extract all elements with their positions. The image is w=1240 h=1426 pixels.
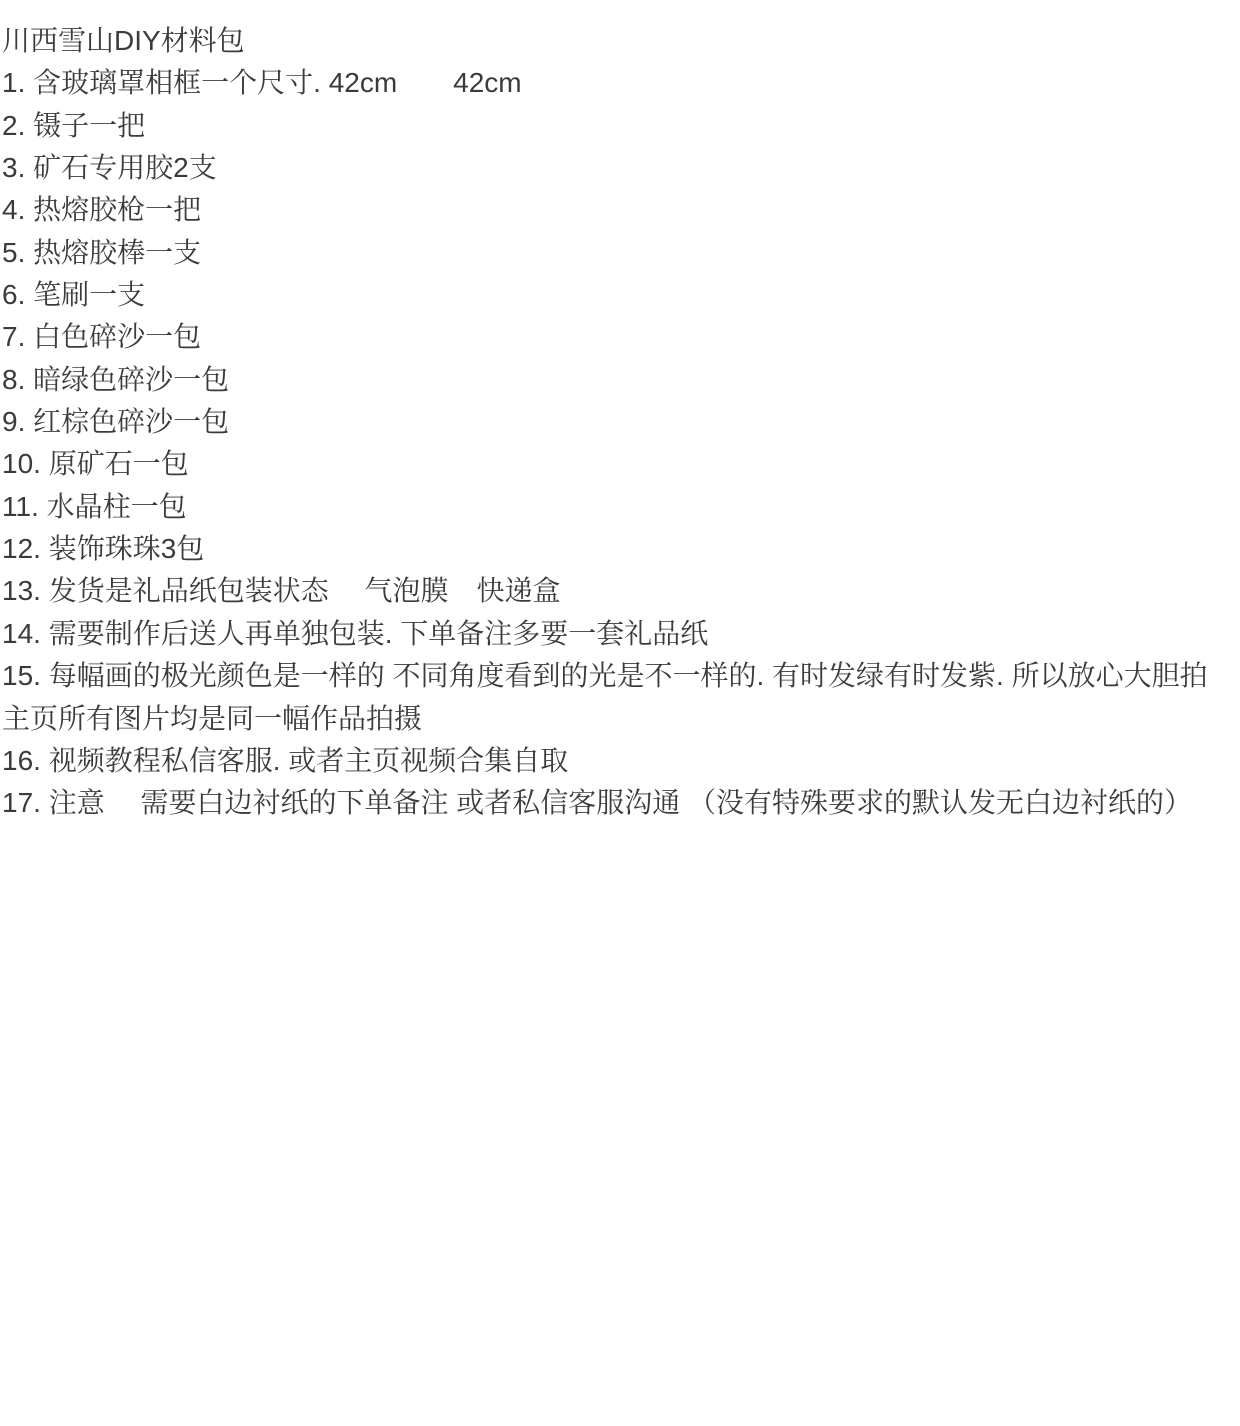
list-row-9: 9. 红棕色碎沙一包 [2, 401, 1240, 443]
list-row-12: 12. 装饰珠珠3包 [2, 528, 1240, 570]
list-row-18: 17. 注意 需要白边衬纸的下单备注 或者私信客服沟通 （没有特殊要求的默认发无… [2, 782, 1240, 824]
list-row-5: 5. 热熔胶棒一支 [2, 232, 1240, 274]
list-row-4: 4. 热熔胶枪一把 [2, 189, 1240, 231]
list-row-15: 15. 每幅画的极光颜色是一样的 不同角度看到的光是不一样的. 有时发绿有时发紫… [2, 655, 1240, 697]
material-list: 1. 含玻璃罩相框一个尺寸. 42cm 42cm2. 镊子一把3. 矿石专用胶2… [2, 62, 1240, 824]
list-row-16: 主页所有图片均是同一幅作品拍摄 [2, 698, 1240, 740]
list-row-10: 10. 原矿石一包 [2, 443, 1240, 485]
list-row-8: 8. 暗绿色碎沙一包 [2, 359, 1240, 401]
list-row-6: 6. 笔刷一支 [2, 274, 1240, 316]
document-title: 川西雪山DIY材料包 [2, 20, 1240, 62]
list-row-14: 14. 需要制作后送人再单独包装. 下单备注多要一套礼品纸 [2, 613, 1240, 655]
list-row-17: 16. 视频教程私信客服. 或者主页视频合集自取 [2, 740, 1240, 782]
list-row-13: 13. 发货是礼品纸包装状态 气泡膜 快递盒 [2, 570, 1240, 612]
list-row-3: 3. 矿石专用胶2支 [2, 147, 1240, 189]
list-row-11: 11. 水晶柱一包 [2, 486, 1240, 528]
list-row-7: 7. 白色碎沙一包 [2, 316, 1240, 358]
list-row-1: 1. 含玻璃罩相框一个尺寸. 42cm 42cm [2, 62, 1240, 104]
material-kit-document: 川西雪山DIY材料包 1. 含玻璃罩相框一个尺寸. 42cm 42cm2. 镊子… [0, 0, 1240, 825]
list-row-2: 2. 镊子一把 [2, 105, 1240, 147]
